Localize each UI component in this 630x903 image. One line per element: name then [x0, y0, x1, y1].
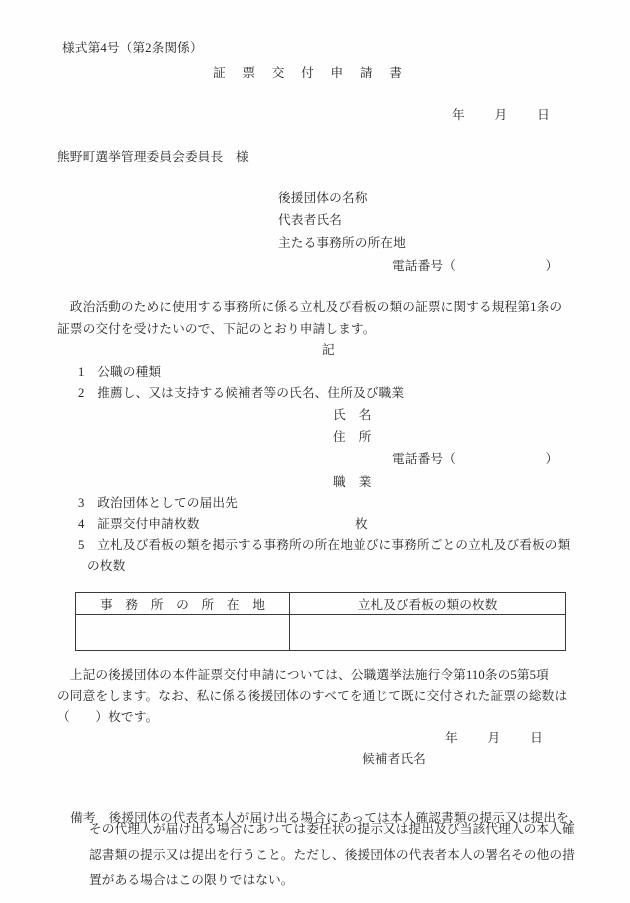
- consent-line-3: （ ）枚です。: [57, 710, 158, 725]
- label-org-name: 後援団体の名称: [278, 191, 368, 206]
- label-candidate-address: 住 所: [333, 430, 371, 445]
- date-line-bottom: 年 月 日: [445, 731, 544, 746]
- item-4-count: 4 証票交付申請枚数: [78, 517, 200, 532]
- consent-line-2: の同意をします。なお、私に係る後援団体のすべてを通じて既に交付された証票の総数は: [57, 689, 567, 704]
- label-candidate-name: 氏 名: [333, 408, 371, 423]
- label-representative: 代表者氏名: [278, 213, 342, 228]
- table-row: [76, 615, 566, 651]
- intro-line-1: 政治活動のために使用する事務所に係る立札及び看板の類の証票に関する規程第1条の: [57, 300, 562, 315]
- sign-count-cell: [290, 615, 566, 651]
- office-address-cell: [76, 615, 290, 651]
- intro-line-2: 証票の交付を受けたいので、下記のとおり申請します。: [57, 322, 375, 337]
- item-4-unit: 枚: [355, 517, 368, 532]
- label-office-address: 主たる事務所の所在地: [278, 236, 406, 251]
- label-candidate-occupation: 職 業: [333, 475, 371, 490]
- remarks-line-2: その代理人が届け出る場合にあっては委任状の提示又は提出及び当該代理人の本人確: [89, 822, 575, 837]
- consent-line-1: 上記の後援団体の本件証票交付申請については、公職選挙法施行令第110条の5第5項: [57, 668, 549, 683]
- addressee: 熊野町選挙管理委員会委員長 様: [57, 150, 249, 165]
- application-form-page: 様式第4号（第2条関係） 証 票 交 付 申 請 書 年 月 日 熊野町選挙管理…: [0, 0, 630, 903]
- ki-marker: 記: [322, 343, 335, 358]
- remarks-line-3: 認書類の提示又は提出を行うこと。ただし、後援団体の代表者本人の署名その他の措: [89, 848, 575, 863]
- form-title: 証 票 交 付 申 請 書: [213, 66, 404, 81]
- remarks-line-4: 置がある場合はこの限りではない。: [89, 873, 294, 888]
- item-5-line-2: の枚数: [87, 559, 125, 574]
- item-3-registration: 3 政治団体としての届出先: [78, 496, 238, 511]
- item-1-public-office: 1 公職の種類: [78, 365, 161, 380]
- label-phone-applicant: 電話番号（ ）: [392, 259, 558, 274]
- label-phone-candidate: 電話番号（ ）: [392, 452, 558, 467]
- date-line-top: 年 月 日: [452, 108, 551, 123]
- candidate-name-label: 候補者氏名: [362, 752, 426, 767]
- item-5-line-1: 5 立札及び看板の類を掲示する事務所の所在地並びに事務所ごとの立札及び看板の類: [78, 538, 570, 553]
- sign-count-header: 立札及び看板の類の枚数: [290, 593, 566, 615]
- office-address-header: 事 務 所 の 所 在 地: [76, 593, 290, 615]
- office-signs-table: 事 務 所 の 所 在 地 立札及び看板の類の枚数: [75, 592, 566, 651]
- item-2-candidates: 2 推薦し、又は支持する候補者等の氏名、住所及び職業: [78, 386, 404, 401]
- form-number: 様式第4号（第2条関係）: [62, 41, 203, 56]
